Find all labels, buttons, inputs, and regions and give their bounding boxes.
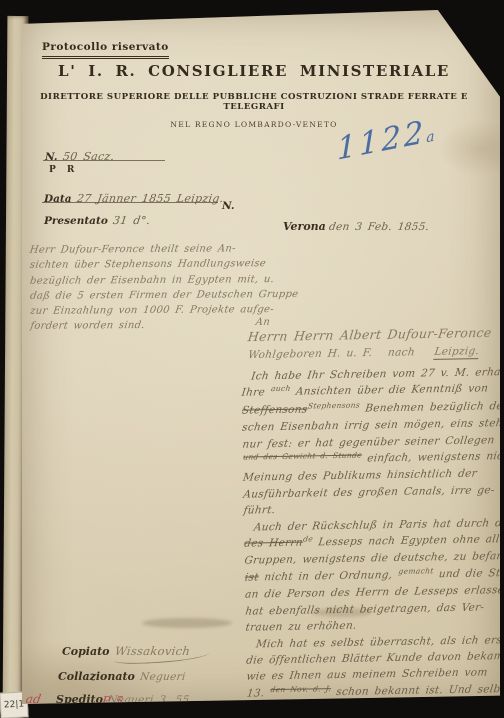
rule-line [42,202,218,203]
collazionato-row: Collazionato Negueri [58,665,186,684]
handwritten-correction: Stephensons [307,397,361,414]
handwritten-text: Meinung des Publikums hinsichtlich der [242,468,477,484]
collazionato-value-handwritten: Negueri [139,671,186,683]
handwritten-text: und die Stimmen [432,566,504,580]
handwritten-text: fordert worden sind. [30,320,146,332]
date-handwritten: den 3 Feb. 1855. [328,221,430,233]
data-label: Data [44,193,72,205]
signature-flourish [114,648,210,664]
protocol-stamp: Protocollo riservato [42,41,169,59]
registry-date-row: Data 27 Jänner 1855 Leipzig. [44,187,223,206]
blue-number-suffix: a [426,128,434,146]
handwritten-text: einfach, wenigstens nicht einseitig geha… [361,447,504,465]
handwritten-text: an die Person des Herrn de Lesseps erlas… [244,584,504,601]
handwritten-text: trauen zu erhöhen. [245,620,357,634]
rule-line [43,160,165,161]
handwritten-correction: gemacht [397,563,434,580]
handwritten-text: Benehmen bezüglich der egypti- [359,399,504,414]
handwritten-correction: den Nov. d. J. [269,681,332,699]
address-recipient: Herrn Herrn Albert Dufour-Feronce [247,325,492,344]
letterhead-subtitle: DIRETTORE SUPERIORE DELLE PUBBLICHE COST… [40,92,468,112]
handwritten-text: 13. [246,687,271,699]
handwritten-line: fordert worden sind. [29,318,261,335]
handwritten-correction: des Herrn [244,537,304,550]
n-label: N. [45,151,58,163]
handwritten-text: nicht in der Ordnung, [258,569,399,583]
dateline: Verona den 3 Feb. 1855. [283,220,430,233]
verona-printed: Verona [283,220,326,233]
collazionato-label: Collazionato [58,670,135,683]
handwritten-text: Auch der Rückschluß in Paris hat durch d… [253,516,504,533]
letter-body: Ich habe Ihr Schreiben vom 27 v. M. erha… [241,363,504,702]
presentato-label: Presentato [44,215,108,227]
address-honorific: Wohlgeboren H. u. F. [248,347,374,361]
red-annotation-ad: ad [25,692,42,706]
handwritten-text: wie es Ihnen aus meinem Schreiben vom [246,667,489,683]
presentato-value-handwritten: 31 d°. [112,214,151,227]
copiato-label: Copiato [62,645,110,658]
address-block: An Herrn Herrn Albert Dufour-Feronce Woh… [248,313,492,361]
handwritten-text: nur fest: er hat gegenüber seiner Colleg… [242,434,496,450]
handwritten-text: schen Eisenbahn irrig sein mögen, eins s… [241,417,504,434]
handwritten-correction: Steffensons [241,403,308,416]
address-destination: Wohlgeboren H. u. F. nach Leipzig. [248,345,493,361]
document-page: Protocollo riservato L' I. R. CONSIGLIER… [22,10,500,704]
registry-number-row: N. 50 Sacz. [45,145,114,164]
pr-label: P R [49,165,78,175]
handwritten-text: hat ebenfalls nicht beigetragen, das Ver… [245,601,485,617]
red-annotation-number: P. 5. [101,694,128,708]
spedito-label: Spedito [56,693,103,706]
handwritten-line: bezüglich der Eisenbahn in Egypten mit, … [29,272,261,289]
handwritten-text: Herr Dufour-Feronce theilt seine An- [29,243,236,255]
handwritten-line: 13. den Nov. d. J. schon bekannt ist. Un… [246,680,504,703]
handwritten-correction: und des Gewicht d. Stunde [242,447,363,466]
handwritten-text: daß die 5 ersten Firmen der Deutschen Gr… [29,289,299,302]
handwritten-text: Ansichten über die Kenntniß von [290,383,489,398]
handwritten-text: schon bekannt ist. Und selbst [330,683,504,698]
handwritten-correction: auch [270,381,292,398]
letterhead-title: L' I. R. CONSIGLIERE MINISTERIALE [40,62,468,80]
handwritten-text: Ihre [241,387,271,400]
registry-presentato-row: Presentato 31 d°. [44,209,150,228]
n-value-handwritten: 50 Sacz. [62,150,115,163]
handwritten-text: zur Einzahlung von 1000 F. Projekte aufg… [29,304,274,317]
handwritten-text: Gruppen, wenigstens die deutsche, zu bef… [244,550,504,567]
address-nach: nach [387,346,415,358]
data-value-handwritten: 27 Jänner 1855 Leipzig. [76,192,224,205]
photo-background: 22|1 Protocollo riservato L' I. R. CONSI… [0,0,504,718]
handwritten-text: sichten über Stephensons Handlungsweise [29,258,267,271]
handwritten-text: führt. [243,504,276,517]
address-place: Leipzig. [434,345,480,360]
pencil-smudge [142,618,232,628]
n2-label: N. [222,200,235,212]
handwritten-text: bezüglich der Eisenbahn in Egypten mit, … [29,274,275,287]
margin-summary: Herr Dufour-Feronce theilt seine An-sich… [30,241,261,334]
handwritten-text: Lesseps nach Egypten ohne alle [312,533,504,548]
handwritten-correction: de [302,531,314,548]
handwritten-text: Mich hat es selbst überrascht, als ich e… [255,633,504,650]
handwritten-line: sichten über Stephensons Handlungsweise [29,256,261,273]
